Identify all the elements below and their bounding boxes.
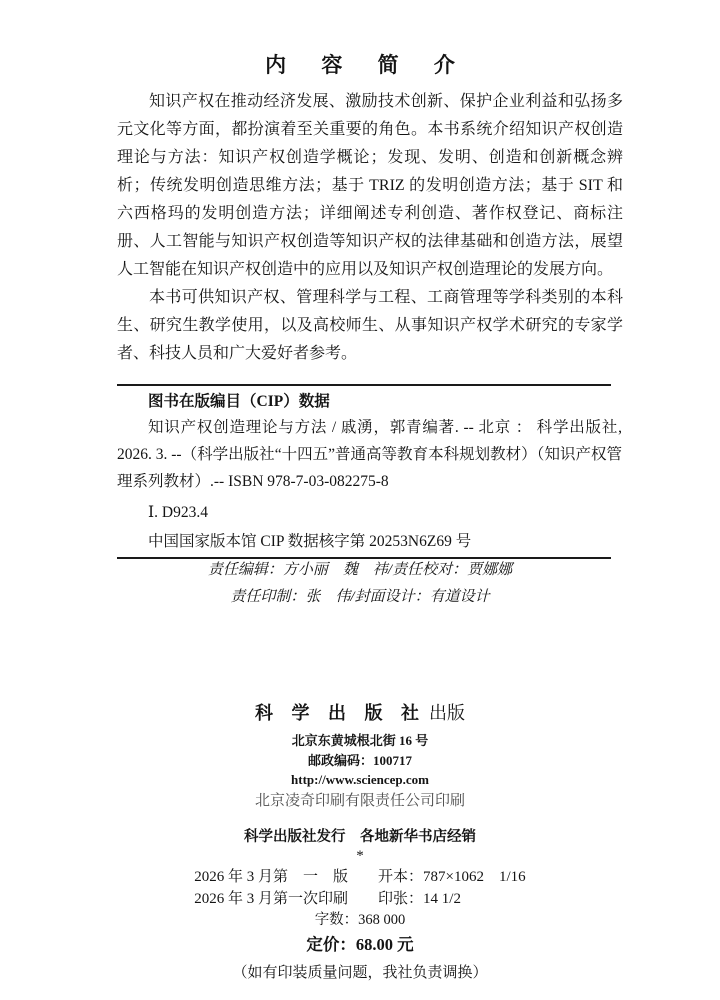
distribution-line: 科学出版社发行 各地新华书店经销: [0, 826, 720, 848]
postal-code: 邮政编码：100717: [0, 751, 720, 771]
printing-line: 2026 年 3 月第一次印刷 印张：14 1/2: [194, 888, 525, 910]
publisher-website: http://www.sciencep.com: [0, 771, 720, 789]
credits-printing-design-line: 责任印制：张 伟/封面设计：有道设计: [0, 584, 720, 611]
printer-name: 北京凌奇印刷有限责任公司印刷: [0, 791, 720, 812]
divider-line-top: [117, 384, 611, 386]
quality-notice: （如有印装质量问题，我社负责调换）: [0, 961, 720, 985]
edition-line: 2026 年 3 月第 一 版 开本：787×1062 1/16: [194, 866, 525, 888]
publisher-line: 科 学 出 版 社出版: [0, 700, 720, 726]
asterisk-separator: *: [0, 848, 720, 864]
publisher-suffix: 出版: [429, 703, 465, 723]
abstract-paragraph-2: 本书可供知识产权、管理科学与工程、工商管理等学科类别的本科生、研究生教学使用，以…: [117, 284, 623, 368]
cip-block: 图书在版编目（CIP）数据 知识产权创造理论与方法 / 戚湧，郭青编著. -- …: [117, 384, 611, 559]
credits-section: 责任编辑：方小丽 魏 祎/责任校对：贾娜娜 责任印制：张 伟/封面设计：有道设计: [0, 557, 720, 611]
publisher-address: 北京东黄城根北街 16 号: [0, 730, 720, 751]
page-title: 内 容 简 介: [0, 50, 720, 80]
word-count: 字数：368 000: [0, 910, 720, 931]
abstract-section: 知识产权在推动经济发展、激励技术创新、保护企业利益和弘扬多元文化等方面，都扮演着…: [117, 88, 623, 368]
cip-registry-number: 中国国家版本馆 CIP 数据核字第 20253N6Z69 号: [117, 528, 611, 555]
edition-block: 2026 年 3 月第 一 版 开本：787×1062 1/16 2026 年 …: [194, 866, 525, 910]
colophon-section: 科 学 出 版 社出版 北京东黄城根北街 16 号 邮政编码：100717 ht…: [0, 700, 720, 985]
credits-editors-line: 责任编辑：方小丽 魏 祎/责任校对：贾娜娜: [0, 557, 720, 584]
cip-heading: 图书在版编目（CIP）数据: [117, 390, 611, 414]
book-copyright-page: 内 容 简 介 知识产权在推动经济发展、激励技术创新、保护企业利益和弘扬多元文化…: [0, 0, 720, 1000]
cip-class-code: Ⅰ. D923.4: [117, 500, 611, 526]
abstract-paragraph-1: 知识产权在推动经济发展、激励技术创新、保护企业利益和弘扬多元文化等方面，都扮演着…: [117, 88, 623, 284]
publisher-logo: 科 学 出 版 社: [255, 703, 426, 723]
price: 定价：68.00 元: [0, 933, 720, 957]
cip-record: 知识产权创造理论与方法 / 戚湧，郭青编著. -- 北京 ： 科学出版社, 20…: [117, 414, 622, 495]
